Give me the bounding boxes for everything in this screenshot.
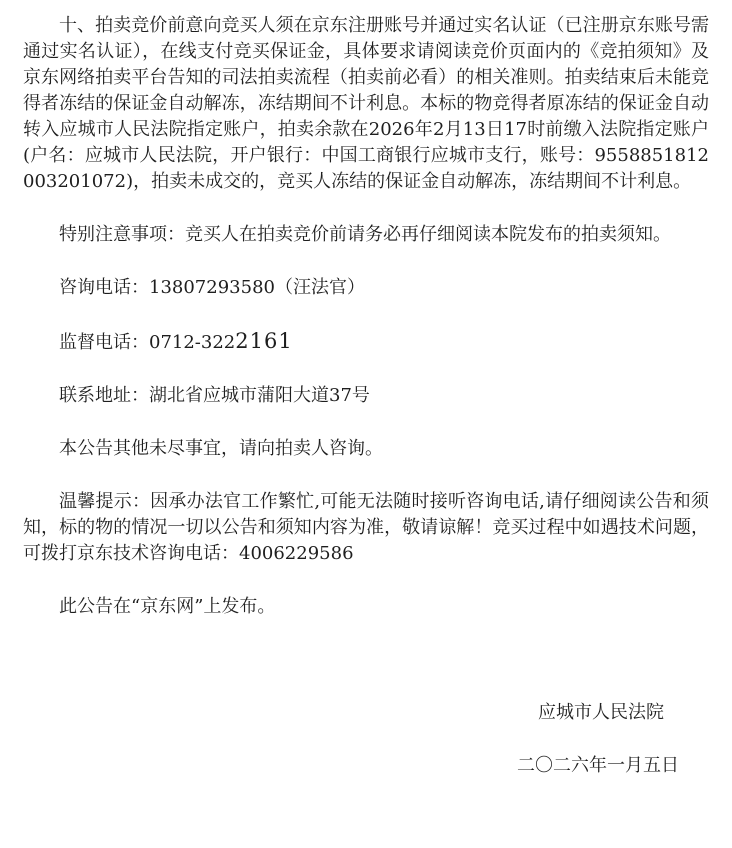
other-matters-line: 本公告其他未尽事宜，请向拍卖人咨询。 <box>23 436 709 462</box>
consult-phone-officer: （汪法官） <box>275 277 365 298</box>
supervise-phone-line: 监督电话：0712-3222161 <box>23 328 709 356</box>
supervise-phone-number-part2: 2161 <box>235 329 292 353</box>
court-signature: 应城市人民法院 <box>23 700 709 726</box>
supervise-phone-label: 监督电话： <box>59 332 149 353</box>
clause-10-paragraph: 十、拍卖竞价前意向竞买人须在京东注册账号并通过实名认证（已注册京东账号需通过实名… <box>23 13 709 195</box>
consult-phone-label: 咨询电话： <box>59 277 149 298</box>
supervise-phone-number-part1: 0712-322 <box>149 332 235 353</box>
contact-address-line: 联系地址：湖北省应城市蒲阳大道37号 <box>23 383 709 409</box>
publish-note-line: 此公告在“京东网”上发布。 <box>23 594 709 620</box>
consult-phone-line: 咨询电话：13807293580（汪法官） <box>23 275 709 301</box>
warm-tip-paragraph: 温馨提示：因承办法官工作繁忙,可能无法随时接听咨询电话,请仔细阅读公告和须知，标… <box>23 489 709 567</box>
special-note-paragraph: 特别注意事项：竞买人在拍卖竞价前请务必再仔细阅读本院发布的拍卖须知。 <box>23 222 709 248</box>
consult-phone-number: 13807293580 <box>149 277 275 298</box>
signature-date: 二〇二六年一月五日 <box>23 753 709 779</box>
auction-announcement-document: 十、拍卖竞价前意向竞买人须在京东注册账号并通过实名认证（已注册京东账号需通过实名… <box>0 0 732 848</box>
